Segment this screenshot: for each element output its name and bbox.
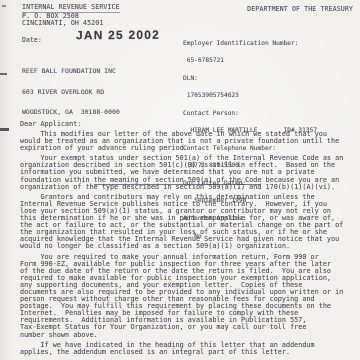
paragraph-grantors: Grantors and contributors may rely on th…	[20, 194, 357, 251]
paragraph-modification: This modifies our letter of the above da…	[20, 131, 357, 152]
salutation: Dear Applicant:	[20, 120, 81, 128]
sender-address-block: INTERNAL REVENUE SERVICE P. O. BOX 2508 …	[22, 4, 120, 27]
department-heading: DEPARTMENT OF THE TREASURY	[247, 5, 353, 13]
date-label: Date:	[22, 36, 42, 44]
ein-label: Employer Identification Number:	[183, 41, 317, 47]
dln-value: 17053905754623	[183, 93, 317, 99]
recipient-city-state-zip: WOODSTOCK, GA 30188-0000	[22, 109, 120, 116]
recipient-name: REEF BALL FOUNDATION INC	[22, 68, 120, 75]
dln-label: DLN:	[183, 76, 317, 82]
sender-city-state-zip: CINCINNATI, OH 45201	[22, 20, 120, 27]
scan-artifact	[2, 5, 6, 7]
paragraph-exempt-status: Your exempt status under section 501(a) …	[20, 155, 357, 190]
scan-artifact	[0, 128, 9, 131]
paragraph-public-inspection: You are required to make your annual inf…	[20, 254, 357, 339]
scan-artifact	[0, 73, 7, 75]
recipient-address-block: REEF BALL FOUNDATION INC 603 RIVER OVERL…	[22, 54, 120, 130]
scanned-irs-letter: INTERNAL REVENUE SERVICE P. O. BOX 2508 …	[0, 0, 360, 360]
contact-person-label: Contact Person:	[183, 111, 317, 117]
recipient-street: 603 RIVER OVERLOOK RD	[22, 89, 120, 96]
date-stamp: JAN 25 2002	[76, 28, 160, 43]
paragraph-addendum: If we have indicated in the heading of t…	[20, 342, 357, 356]
ein-value: 65-6785721	[183, 58, 317, 64]
letter-body: This modifies our letter of the above da…	[20, 131, 357, 359]
